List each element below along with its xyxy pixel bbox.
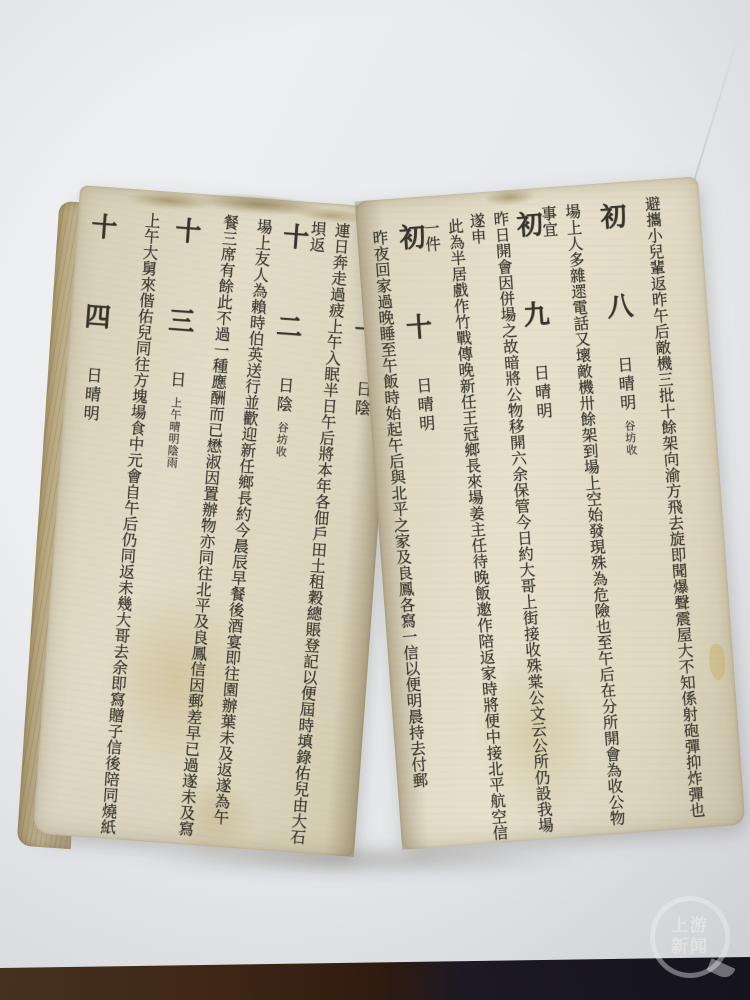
watermark-line1: 上游 (671, 917, 709, 936)
diary-column: 連日奔走過疲上午入眠半日午后將本年各佃戶田土租穀總賬登記以便屆時填錄佑兒由大石垻… (260, 220, 354, 854)
watermark-line2: 新闻 (671, 938, 709, 957)
day-char: 十 (90, 214, 118, 242)
photo-of-open-diary: 十 一 日陰 連日奔走過疲上午入眠半日午后將本年各佃戶田土租穀總賬登記以便屆時填… (0, 0, 750, 1000)
day-char: 初 (516, 212, 544, 240)
diary-column: 避攜小兒輩返昨午后敵機三批十餘架向渝方飛去旋即聞爆聲震屋大不知係射砲彈抑炸彈也 (639, 195, 709, 819)
right-page: 避攜小兒輩返昨午后敵機三批十餘架向渝方飛去旋即聞爆聲震屋大不知係射砲彈抑炸彈也 … (355, 176, 746, 849)
harvest-note: 谷坊收 (272, 421, 291, 458)
harvest-note: 谷坊收 (620, 419, 639, 456)
paper-stain (61, 536, 290, 821)
day-char: 初 (399, 224, 427, 252)
day-char: 十 (405, 314, 433, 342)
table-edge-and-floor (0, 954, 750, 1000)
entry-header-chu8: 初 八 日晴明 谷坊收 (598, 203, 646, 457)
weather-note: 日晴明 (612, 355, 639, 414)
weather-note: 日晴明 (78, 366, 105, 425)
day-char: 初 (600, 204, 628, 232)
weather-note: 日陰 (272, 376, 298, 416)
shangyou-news-watermark: 上游 新闻 (650, 896, 730, 978)
day-char: 十 (282, 224, 310, 252)
day-char: 三 (168, 308, 196, 336)
day-char: 四 (84, 304, 112, 332)
day-char: 十 (174, 218, 202, 246)
entry-header-14: 十 四 日晴明 (74, 214, 120, 432)
entry-header-13: 十 三 日 上午晴明陰雨 (156, 218, 204, 470)
weather-note: 日 (165, 370, 189, 391)
paper-stain (708, 644, 727, 681)
day-char: 九 (523, 302, 551, 330)
open-manuscript-book: 十 一 日陰 連日奔走過疲上午入眠半日午后將本年各佃戶田土租穀總賬登記以便屆時填… (28, 168, 720, 874)
weather-note: 日晴明 (529, 363, 556, 422)
day-char: 八 (606, 293, 634, 321)
watermark-text: 上游 新闻 (650, 896, 730, 978)
weather-note: 日晴明 (411, 376, 438, 435)
left-page: 十 一 日陰 連日奔走過疲上午入眠半日午后將本年各佃戶田土租穀總賬登記以便屆時填… (33, 185, 402, 857)
weather-detail-note: 上午晴明陰雨 (163, 396, 184, 469)
day-char: 二 (275, 314, 303, 342)
